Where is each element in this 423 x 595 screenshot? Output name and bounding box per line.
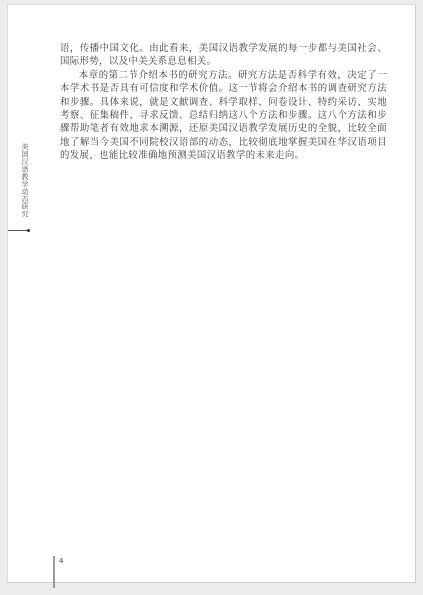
running-side-title: 美国汉语教学动态研究 — [19, 143, 29, 218]
footer-rule — [53, 556, 55, 588]
paragraph-1: 语，传播中国文化。由此看来，美国汉语教学发展的每一步都与美国社会、国际形势，以及… — [60, 42, 387, 69]
body-text: 语，传播中国文化。由此看来，美国汉语教学发展的每一步都与美国社会、国际形势，以及… — [60, 42, 387, 163]
side-title-rule — [8, 230, 28, 231]
document-page: 美国汉语教学动态研究 语，传播中国文化。由此看来，美国汉语教学发展的每一步都与美… — [7, 4, 416, 583]
side-title-rule-end — [27, 229, 30, 232]
paragraph-2: 本章的第二节介绍本书的研究方法。研究方法是否科学有效，决定了一本学术书是否具有可… — [60, 69, 387, 163]
page-number: 4 — [59, 557, 63, 565]
